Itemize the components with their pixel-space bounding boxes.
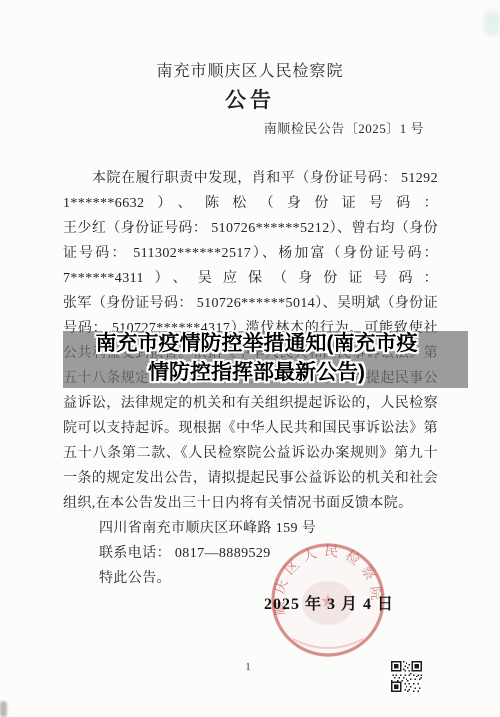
body-line: 组织,在本公告发出三十日内将有关情况书面反馈本院。 — [63, 491, 438, 516]
body-line: 益诉讼，法律规定的机关和有关组织提起诉讼的，人民检察 — [63, 391, 438, 416]
body-line: 7******4311）、吴应保（身份证号码： 510726******3611… — [63, 266, 438, 291]
body-line: 五十八条第二款、《人民检察院公益诉讼办案规则》第九十 — [63, 441, 438, 466]
scanned-announcement-page: 南充市顺庆区人民检察院 公告 南顺检民公告〔2025〕1 号 本院在履行职责中发… — [0, 0, 500, 717]
org-title: 南充市顺庆区人民检察院 — [0, 58, 500, 81]
overlay-headline-line2: 情防控指挥部最新公告) — [63, 358, 450, 387]
scan-smudge-top-right — [484, 10, 500, 36]
overlay-band: 南充市疫情防控举措通知(南充市疫 情防控指挥部最新公告) — [63, 331, 468, 388]
qr-code — [391, 661, 422, 692]
body-line: 证号码： 511302******2517）、杨加富（身份证号码： 51072 — [63, 241, 438, 266]
body-line: 王少红（身份证号码： 510726******5212）、曾右均（身份 — [63, 216, 438, 241]
body-line: 院可以支持起诉。现根据《中华人民共和国民事诉讼法》第 — [63, 416, 438, 441]
body-line: 本院在履行职责中发现，肖和平（身份证号码： 51292 — [63, 166, 438, 191]
body-line: 张军（身份证号码： 510726******5014）、吴明斌（身份证 — [63, 291, 438, 316]
body-line: 一条的规定发出公告，请拟提起民事公益诉讼的机关和社会 — [63, 466, 438, 491]
doc-type-title: 公告 — [0, 84, 500, 114]
doc-date: 2025 年 3 月 4 日 — [264, 591, 394, 614]
page-number: 1 — [233, 661, 263, 673]
body-line: 1******6632）、陈松（身份证号码： 512921******679X）… — [63, 191, 438, 216]
overlay-headline: 南充市疫情防控举措通知(南充市疫 情防控指挥部最新公告) — [63, 329, 468, 387]
scan-smudge-bottom-left — [0, 701, 7, 717]
doc-number: 南顺检民公告〔2025〕1 号 — [0, 118, 424, 137]
overlay-headline-line1: 南充市疫情防控举措通知(南充市疫 — [63, 329, 450, 358]
